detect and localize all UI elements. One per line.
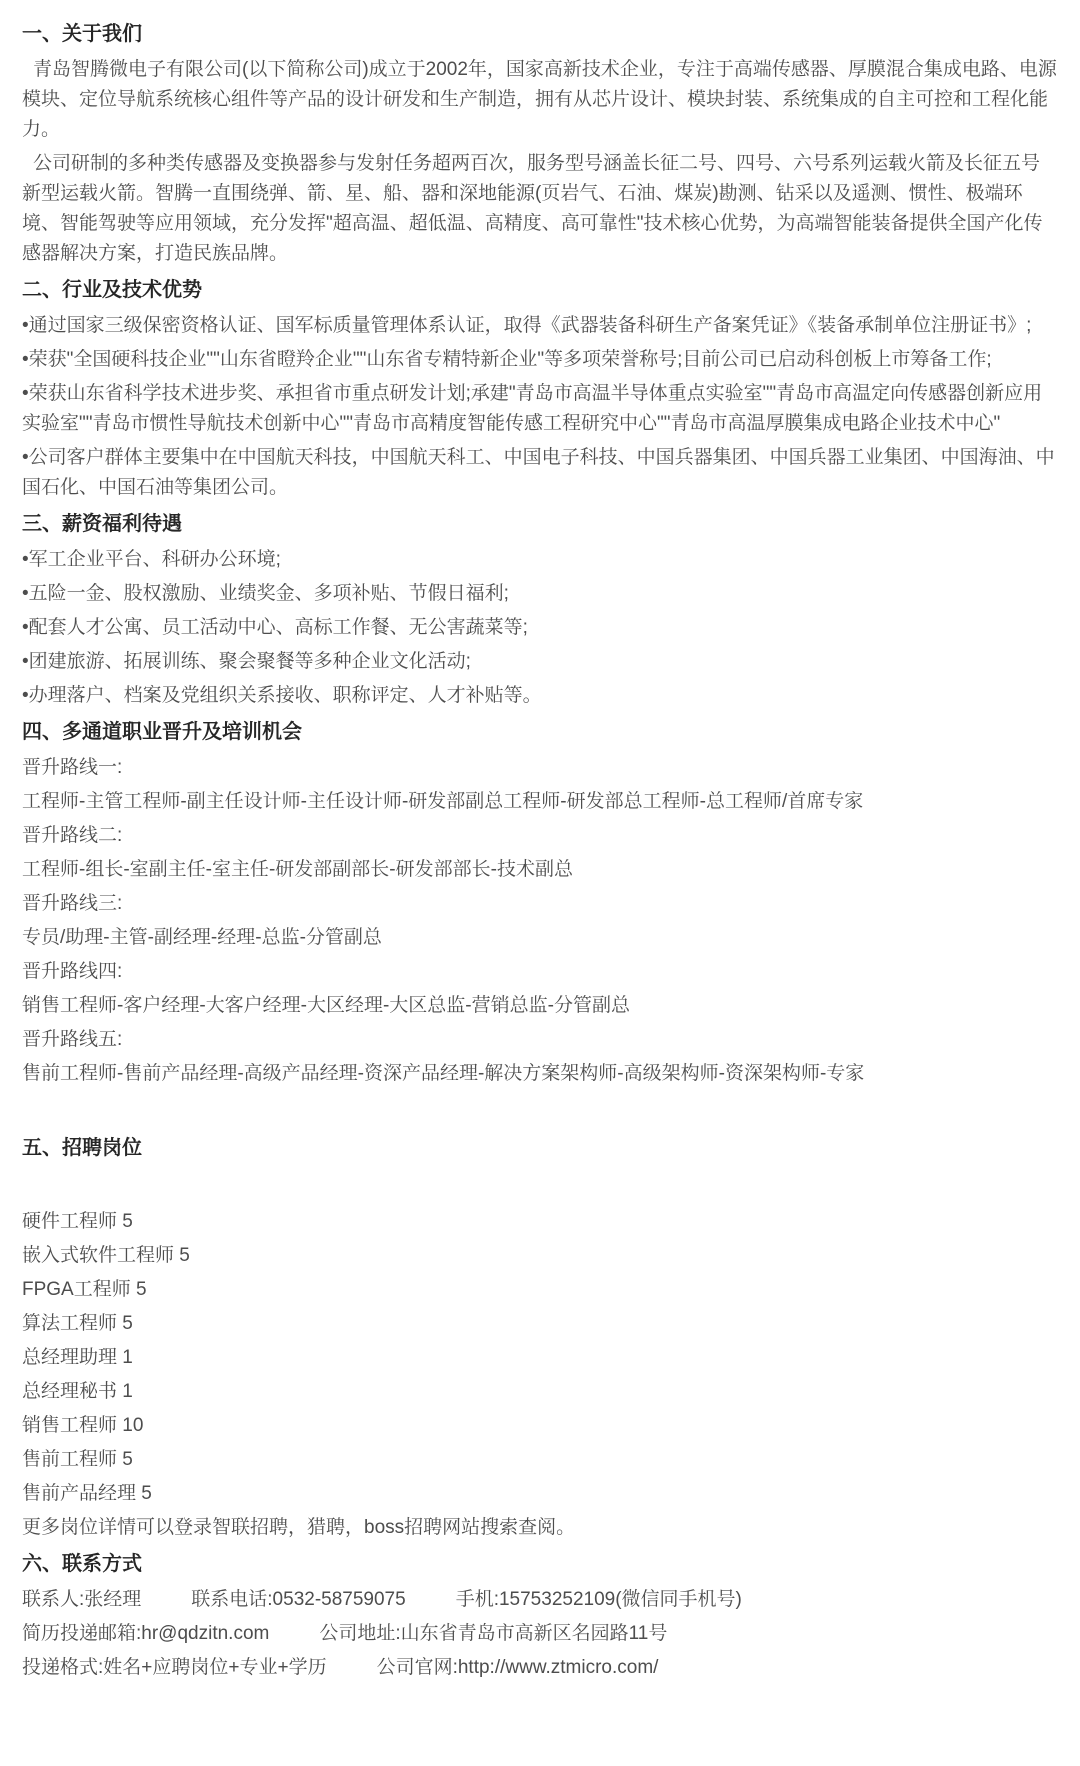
paragraph: •办理落户、档案及党组织关系接收、职称评定、人才补贴等。 [22, 681, 1058, 711]
paragraph: •团建旅游、拓展训练、聚会聚餐等多种企业文化活动; [22, 647, 1058, 677]
job-openings-count: 5 [122, 1449, 133, 1470]
job-item: FPGA工程师 5 [22, 1275, 1058, 1305]
paragraph: 销售工程师-客户经理-大客户经理-大区经理-大区总监-营销总监-分管副总 [22, 991, 1058, 1021]
job-item: 售前产品经理 5 [22, 1479, 1058, 1509]
job-item: 嵌入式软件工程师 5 [22, 1241, 1058, 1271]
paragraph: 青岛智腾微电子有限公司(以下简称公司)成立于2002年，国家高新技术企业，专注于… [22, 55, 1058, 145]
contact-segment: 手机:15753252109(微信同手机号) [456, 1585, 742, 1615]
paragraph: 更多岗位详情可以登录智联招聘，猎聘，boss招聘网站搜索查阅。 [22, 1513, 1058, 1543]
job-item: 算法工程师 5 [22, 1309, 1058, 1339]
paragraph: •荣获山东省科学技术进步奖、承担省市重点研发计划;承建"青岛市高温半导体重点实验… [22, 379, 1058, 439]
job-title: 嵌入式软件工程师 [22, 1245, 174, 1266]
job-openings-count: 5 [179, 1245, 190, 1266]
contact-segment: 公司地址:山东省青岛市高新区名园路11号 [319, 1619, 667, 1649]
job-item: 售前工程师 5 [22, 1445, 1058, 1475]
job-item: 总经理秘书 1 [22, 1377, 1058, 1407]
paragraph: 晋升路线五: [22, 1025, 1058, 1055]
job-openings-count: 1 [122, 1381, 133, 1402]
contact-segment: 简历投递邮箱:hr@qdzitn.com [22, 1619, 269, 1649]
paragraph: 晋升路线二: [22, 821, 1058, 851]
job-openings-count: 5 [122, 1313, 133, 1334]
contact-row: 联系人:张经理联系电话:0532-58759075手机:15753252109(… [22, 1585, 1058, 1615]
job-title: 售前产品经理 [22, 1483, 136, 1504]
paragraph: 公司研制的多种类传感器及变换器参与发射任务超两百次，服务型号涵盖长征二号、四号、… [22, 149, 1058, 269]
contact-segment: 投递格式:姓名+应聘岗位+专业+学历 [22, 1653, 327, 1683]
paragraph: •荣获"全国硬科技企业""山东省瞪羚企业""山东省专精特新企业"等多项荣誉称号;… [22, 345, 1058, 375]
job-openings-count: 5 [122, 1211, 133, 1232]
contact-segment: 联系电话:0532-58759075 [191, 1585, 405, 1615]
job-openings-count: 1 [122, 1347, 133, 1368]
job-title: 算法工程师 [22, 1313, 117, 1334]
paragraph: •军工企业平台、科研办公环境; [22, 545, 1058, 575]
section-heading: 一、关于我们 [22, 19, 1058, 49]
job-title: 总经理助理 [22, 1347, 117, 1368]
job-item: 硬件工程师 5 [22, 1207, 1058, 1237]
paragraph: 工程师-组长-室副主任-室主任-研发部副部长-研发部部长-技术副总 [22, 855, 1058, 885]
job-title: 总经理秘书 [22, 1381, 117, 1402]
job-item: 总经理助理 1 [22, 1343, 1058, 1373]
paragraph: 售前工程师-售前产品经理-高级产品经理-资深产品经理-解决方案架构师-高级架构师… [22, 1059, 1058, 1089]
job-title: 售前工程师 [22, 1449, 117, 1470]
section-heading: 二、行业及技术优势 [22, 275, 1058, 305]
section-heading: 五、招聘岗位 [22, 1133, 1058, 1163]
job-posting-document: 一、关于我们青岛智腾微电子有限公司(以下简称公司)成立于2002年，国家高新技术… [0, 0, 1080, 1766]
paragraph: •配套人才公寓、员工活动中心、高标工作餐、无公害蔬菜等; [22, 613, 1058, 643]
section-heading: 三、薪资福利待遇 [22, 509, 1058, 539]
job-openings-count: 5 [141, 1483, 152, 1504]
job-openings-count: 5 [136, 1279, 147, 1300]
contact-row: 投递格式:姓名+应聘岗位+专业+学历公司官网:http://www.ztmicr… [22, 1653, 1058, 1683]
contact-row: 简历投递邮箱:hr@qdzitn.com公司地址:山东省青岛市高新区名园路11号 [22, 1619, 1058, 1649]
paragraph: 晋升路线四: [22, 957, 1058, 987]
job-item: 销售工程师 10 [22, 1411, 1058, 1441]
job-openings-count: 10 [122, 1415, 143, 1436]
paragraph: 工程师-主管工程师-副主任设计师-主任设计师-研发部副总工程师-研发部总工程师-… [22, 787, 1058, 817]
section-heading: 四、多通道职业晋升及培训机会 [22, 717, 1058, 747]
paragraph: 专员/助理-主管-副经理-经理-总监-分管副总 [22, 923, 1058, 953]
paragraph: 晋升路线三: [22, 889, 1058, 919]
section-heading: 六、联系方式 [22, 1549, 1058, 1579]
contact-segment: 联系人:张经理 [22, 1585, 141, 1615]
paragraph: •五险一金、股权激励、业绩奖金、多项补贴、节假日福利; [22, 579, 1058, 609]
paragraph: •通过国家三级保密资格认证、国军标质量管理体系认证，取得《武器装备科研生产备案凭… [22, 311, 1058, 341]
job-title: 销售工程师 [22, 1415, 117, 1436]
paragraph: 晋升路线一: [22, 753, 1058, 783]
job-title: 硬件工程师 [22, 1211, 117, 1232]
contact-segment: 公司官网:http://www.ztmicro.com/ [377, 1653, 659, 1683]
job-title: FPGA工程师 [22, 1279, 131, 1300]
paragraph: •公司客户群体主要集中在中国航天科技，中国航天科工、中国电子科技、中国兵器集团、… [22, 443, 1058, 503]
